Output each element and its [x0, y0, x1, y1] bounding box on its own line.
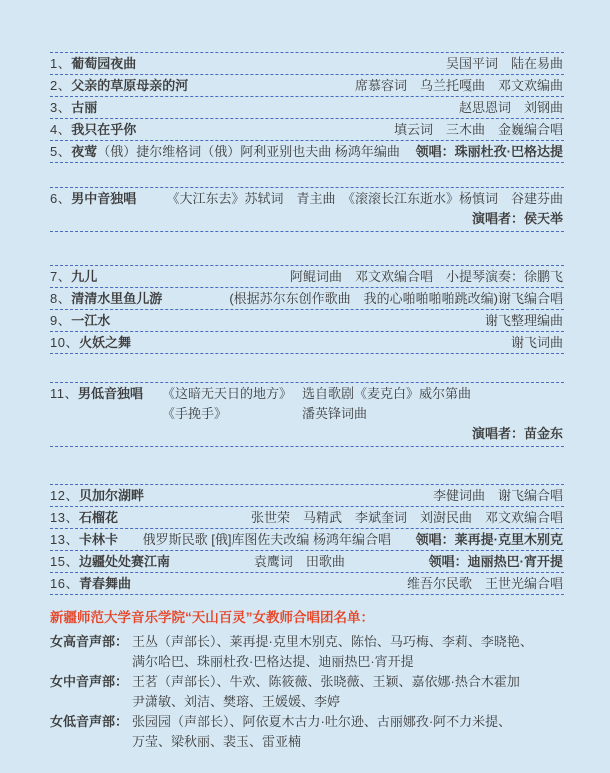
song-credits: （俄）捷尔维格词（俄）阿利亚别也夫曲 杨鸿年编曲 [97, 144, 400, 159]
song-title-cell: 11、男低音独唱 [50, 386, 162, 402]
song-credits: 《大江东去》苏轼词 青主曲 《滚滚长江东逝水》杨慎词 谷建芬曲 [166, 191, 563, 207]
song-credits: 赵思恩词 刘钢曲 [459, 100, 563, 116]
roster-heading: 新疆师范大学音乐学院“天山百灵”女教师合唱团名单： [50, 609, 564, 627]
program-row-8: 8、清清水里鱼儿游 (根据苏尔东创作歌曲 我的心啪啪啪啪跳改编)谢飞编合唱 [50, 288, 564, 310]
program-row-1: 1、葡萄园夜曲 吴国平词 陆在易曲 [50, 53, 564, 75]
song-number: 5、 [50, 144, 71, 159]
roster-part-soprano: 女高音声部： 王丛（声部长）、莱再提·克里木别克、陈怡、马巧梅、李莉、李晓艳、 … [50, 632, 564, 672]
song-credits: 阿鲲词曲 邓文欢编合唱 小提琴演奏：徐鹏飞 [290, 269, 563, 285]
song-credits: 谢飞词曲 [511, 335, 563, 351]
piece-title: 《这暗无天日的地方》 [162, 386, 302, 402]
lead-singer: 领唱：珠丽杜孜·巴格达提 [416, 144, 563, 160]
song-title-cell: 13、石榴花 [50, 510, 118, 526]
song-name: 九儿 [71, 269, 97, 284]
program-group-1: 1、葡萄园夜曲 吴国平词 陆在易曲 2、父亲的草原母亲的河 席慕容词 乌兰托嘎曲… [50, 52, 564, 163]
song-number: 4、 [50, 122, 71, 137]
song-name: 男低音独唱 [78, 386, 143, 401]
song-credits: 李健词曲 谢飞编合唱 [433, 488, 563, 504]
song-number: 16、 [50, 576, 79, 591]
song-number: 10、 [50, 335, 79, 350]
program-row-7: 7、九儿 阿鲲词曲 邓文欢编合唱 小提琴演奏：徐鹏飞 [50, 266, 564, 288]
roster-part-alto: 女低音声部： 张园园（声部长）、阿依夏木古力·吐尔逊、古丽娜孜·阿不力米提、 万… [50, 712, 564, 752]
names-line: 张园园（声部长）、阿依夏木古力·吐尔逊、古丽娜孜·阿不力米提、 [132, 712, 564, 732]
piece-title: 《手挽手》 [162, 406, 302, 422]
choir-roster: 新疆师范大学音乐学院“天山百灵”女教师合唱团名单： 女高音声部： 王丛（声部长）… [50, 609, 564, 752]
voice-part-label: 女低音声部： [50, 712, 132, 732]
song-name: 石榴花 [79, 510, 118, 525]
voice-part-names: 王丛（声部长）、莱再提·克里木别克、陈怡、马巧梅、李莉、李晓艳、 满尔哈巴、珠丽… [132, 632, 564, 672]
voice-part-names: 张园园（声部长）、阿依夏木古力·吐尔逊、古丽娜孜·阿不力米提、 万莹、梁秋丽、裴… [132, 712, 564, 752]
song-title-cell: 5、夜莺（俄）捷尔维格词（俄）阿利亚别也夫曲 杨鸿年编曲 [50, 144, 400, 160]
song-number: 9、 [50, 313, 71, 328]
song-name: 父亲的草原母亲的河 [71, 78, 188, 93]
song-credits: 袁鹰词 田歌曲 [254, 554, 345, 570]
names-line: 王丛（声部长）、莱再提·克里木别克、陈怡、马巧梅、李莉、李晓艳、 [132, 632, 564, 652]
program-row-10: 10、火妖之舞 谢飞词曲 [50, 332, 564, 354]
song-name: 卡林卡 [79, 532, 118, 547]
names-line: 王茗（声部长）、牛欢、陈筱薇、张晓薇、王颖、嘉依娜·热合木霍加 [132, 672, 564, 692]
piece-credits: 潘英锋词曲 [302, 406, 563, 422]
song-number: 13、 [50, 510, 79, 525]
program-row-6: 6、男中音独唱 《大江东去》苏轼词 青主曲 《滚滚长江东逝水》杨慎词 谷建芬曲 [50, 189, 564, 209]
song-credits: 吴国平词 陆在易曲 [446, 56, 563, 72]
program-row-16: 16、青春舞曲 维吾尔民歌 王世光编合唱 [50, 573, 564, 595]
song-title-cell: 13、卡林卡 [50, 532, 118, 548]
song-credits: 填云词 三木曲 金巍编合唱 [394, 122, 563, 138]
song-name: 边疆处处赛江南 [79, 554, 170, 569]
song-name: 火妖之舞 [79, 335, 131, 350]
song-title-cell: 4、我只在乎你 [50, 122, 136, 138]
names-line: 满尔哈巴、珠丽杜孜·巴格达提、迪丽热巴·宵开提 [132, 652, 564, 672]
program-row-5: 5、夜莺（俄）捷尔维格词（俄）阿利亚别也夫曲 杨鸿年编曲 领唱：珠丽杜孜·巴格达… [50, 141, 564, 163]
song-title-cell: 6、男中音独唱 [50, 191, 136, 207]
song-name: 青春舞曲 [79, 576, 131, 591]
song-number: 15、 [50, 554, 79, 569]
program-row-11-line1: 11、男低音独唱 《这暗无天日的地方》 选自歌剧《麦克白》威尔第曲 [50, 384, 564, 404]
singer-name: 演唱者：苗金东 [472, 426, 563, 442]
program-row-11-singer: 演唱者：苗金东 [50, 424, 564, 444]
song-title-cell: 3、古丽 [50, 100, 97, 116]
song-name: 葡萄园夜曲 [71, 56, 136, 71]
song-title-cell: 1、葡萄园夜曲 [50, 56, 136, 72]
program-row-14: 13、卡林卡 俄罗斯民歌 [俄]库图佐夫改编 杨鸿年编合唱 领唱：莱再提·克里木… [50, 529, 564, 551]
roster-part-mezzo: 女中音声部： 王茗（声部长）、牛欢、陈筱薇、张晓薇、王颖、嘉依娜·热合木霍加 尹… [50, 672, 564, 712]
lead-singer: 领唱：迪丽热巴·宵开提 [429, 554, 563, 570]
song-name: 贝加尔湖畔 [79, 488, 144, 503]
program-group-2: 6、男中音独唱 《大江东去》苏轼词 青主曲 《滚滚长江东逝水》杨慎词 谷建芬曲 … [50, 187, 564, 232]
song-credits: 席慕容词 乌兰托嘎曲 邓文欢编曲 [355, 78, 563, 94]
names-line: 尹潇敏、刘洁、樊瑢、王媛媛、李婷 [132, 692, 564, 712]
song-name: 我只在乎你 [71, 122, 136, 137]
voice-part-label: 女高音声部： [50, 632, 132, 652]
lead-singer: 领唱：莱再提·克里木别克 [416, 532, 563, 548]
song-title-cell: 12、贝加尔湖畔 [50, 488, 144, 504]
song-title-cell: 2、父亲的草原母亲的河 [50, 78, 188, 94]
song-name: 男中音独唱 [71, 191, 136, 206]
program-group-5: 12、贝加尔湖畔 李健词曲 谢飞编合唱 13、石榴花 张世荣 马精武 李斌奎词 … [50, 484, 564, 595]
song-number: 11、 [50, 386, 78, 401]
song-title-cell: 16、青春舞曲 [50, 576, 131, 592]
program-row-13: 13、石榴花 张世荣 马精武 李斌奎词 刘澍民曲 邓文欢编合唱 [50, 507, 564, 529]
song-number: 7、 [50, 269, 71, 284]
voice-part-label: 女中音声部： [50, 672, 132, 692]
song-number: 3、 [50, 100, 71, 115]
song-name: 夜莺 [71, 144, 97, 159]
song-name: 清清水里鱼儿游 [71, 291, 162, 306]
song-credits: 谢飞整理编曲 [485, 313, 563, 329]
song-number: 13、 [50, 532, 79, 547]
program-row-3: 3、古丽 赵思恩词 刘钢曲 [50, 97, 564, 119]
program-row-9: 9、一江水 谢飞整理编曲 [50, 310, 564, 332]
program-group-3: 7、九儿 阿鲲词曲 邓文欢编合唱 小提琴演奏：徐鹏飞 8、清清水里鱼儿游 (根据… [50, 265, 564, 354]
singer-name: 演唱者：侯天举 [472, 211, 563, 227]
song-title-cell: 10、火妖之舞 [50, 335, 131, 351]
program-row-4: 4、我只在乎你 填云词 三木曲 金巍编合唱 [50, 119, 564, 141]
piece-credits: 选自歌剧《麦克白》威尔第曲 [302, 386, 563, 402]
song-number: 6、 [50, 191, 71, 206]
song-credits: 张世荣 马精武 李斌奎词 刘澍民曲 邓文欢编合唱 [251, 510, 563, 526]
song-number: 2、 [50, 78, 71, 93]
song-credits: 俄罗斯民歌 [俄]库图佐夫改编 杨鸿年编合唱 [143, 532, 391, 548]
song-name: 一江水 [71, 313, 110, 328]
song-name: 古丽 [71, 100, 97, 115]
song-number: 12、 [50, 488, 79, 503]
concert-program-page: 1、葡萄园夜曲 吴国平词 陆在易曲 2、父亲的草原母亲的河 席慕容词 乌兰托嘎曲… [0, 0, 610, 752]
voice-part-names: 王茗（声部长）、牛欢、陈筱薇、张晓薇、王颖、嘉依娜·热合木霍加 尹潇敏、刘洁、樊… [132, 672, 564, 712]
program-row-15: 15、边疆处处赛江南 袁鹰词 田歌曲 领唱：迪丽热巴·宵开提 [50, 551, 564, 573]
song-credits: (根据苏尔东创作歌曲 我的心啪啪啪啪跳改编)谢飞编合唱 [229, 291, 563, 307]
song-number: 1、 [50, 56, 71, 71]
song-title-cell: 9、一江水 [50, 313, 110, 329]
names-line: 万莹、梁秋丽、裴玉、雷亚楠 [132, 732, 564, 752]
program-row-11-line2: 《手挽手》 潘英锋词曲 [50, 404, 564, 424]
song-number: 8、 [50, 291, 71, 306]
song-credits: 维吾尔民歌 王世光编合唱 [407, 576, 563, 592]
song-title-cell: 15、边疆处处赛江南 [50, 554, 170, 570]
song-title-cell: 7、九儿 [50, 269, 97, 285]
song-title-cell: 8、清清水里鱼儿游 [50, 291, 162, 307]
program-row-12: 12、贝加尔湖畔 李健词曲 谢飞编合唱 [50, 485, 564, 507]
program-row-6-singer: 演唱者：侯天举 [50, 209, 564, 229]
program-row-2: 2、父亲的草原母亲的河 席慕容词 乌兰托嘎曲 邓文欢编曲 [50, 75, 564, 97]
program-group-4: 11、男低音独唱 《这暗无天日的地方》 选自歌剧《麦克白》威尔第曲 《手挽手》 … [50, 382, 564, 447]
